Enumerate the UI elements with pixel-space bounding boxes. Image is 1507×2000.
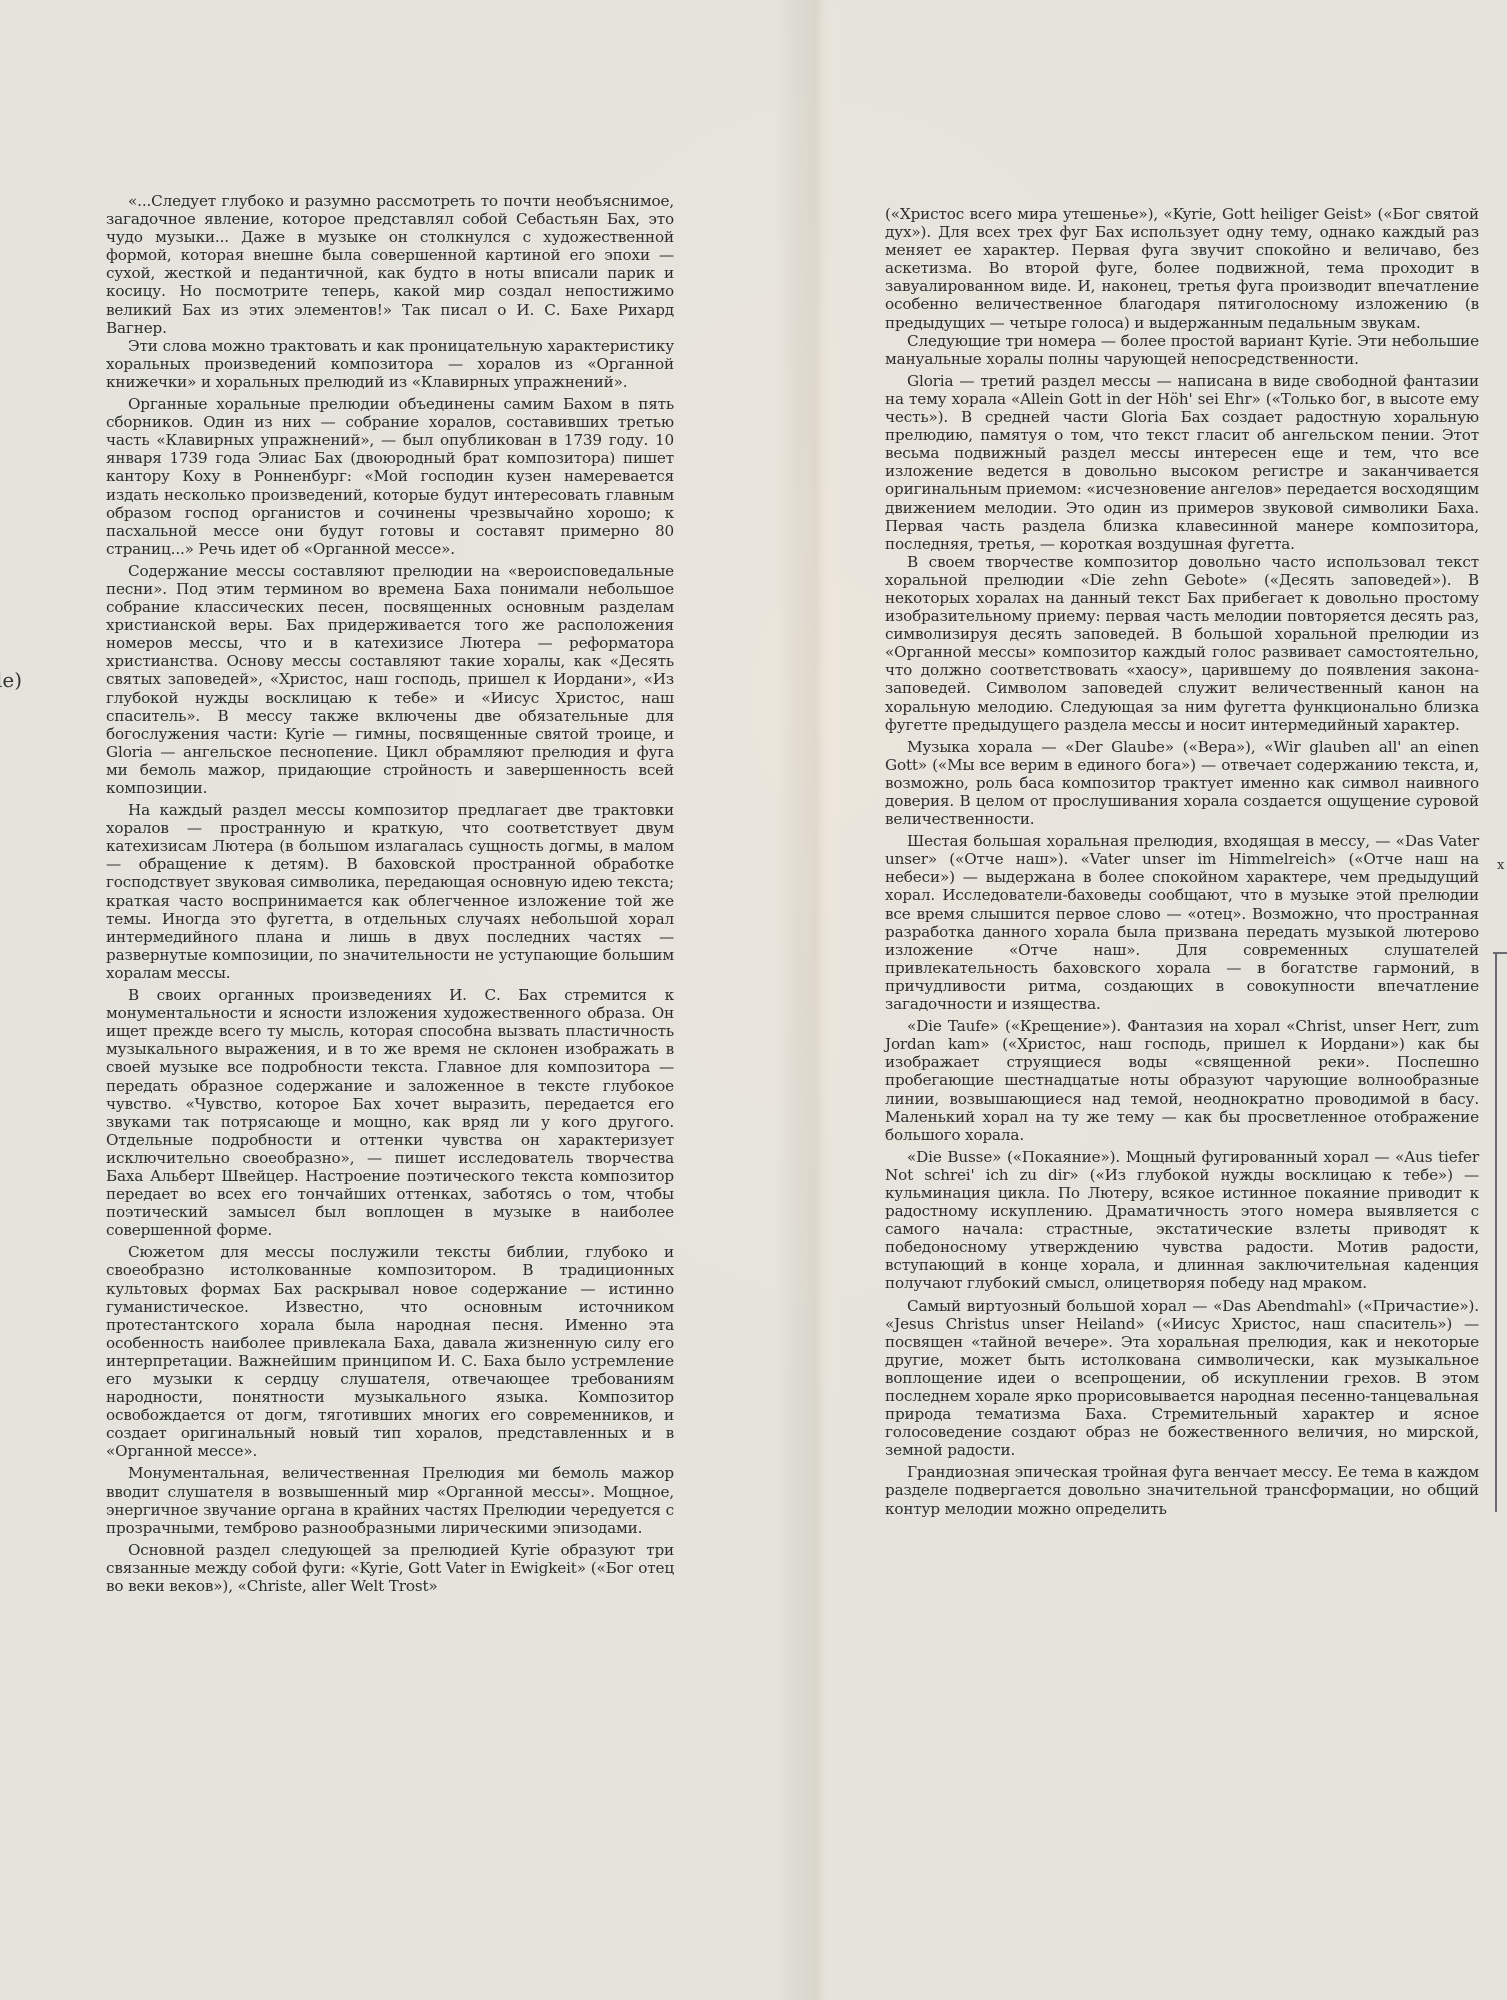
paragraph: Эти слова можно трактовать и как проница…: [106, 337, 674, 391]
paragraph: Сюжетом для мессы послужили тексты библи…: [106, 1243, 674, 1460]
page-fold: [800, 0, 830, 2000]
paragraph: Gloria — третий раздел мессы — написана …: [885, 372, 1479, 553]
paragraph: Грандиозная эпическая тройная фуга венча…: [885, 1463, 1479, 1517]
paragraph: Основной раздел следующей за прелюдией K…: [106, 1541, 674, 1595]
paragraph: Шестая большая хоральная прелюдия, входя…: [885, 832, 1479, 1013]
right-column: («Христос всего мира утешенье»), «Kyrie,…: [885, 205, 1479, 1518]
paragraph: «Die Busse» («Покаяние»). Мощный фугиров…: [885, 1148, 1479, 1293]
right-edge-rule: [1495, 952, 1497, 1512]
paragraph: («Христос всего мира утешенье»), «Kyrie,…: [885, 205, 1479, 332]
paragraph: «Die Taufe» («Крещение»). Фантазия на хо…: [885, 1017, 1479, 1144]
paragraph: Следующие три номера — более простой вар…: [885, 332, 1479, 368]
right-edge-mark: x: [1497, 858, 1504, 873]
left-column: «...Следует глубоко и разумно рассмотрет…: [106, 192, 674, 1595]
paragraph: Самый виртуозный большой хорал — «Das Ab…: [885, 1297, 1479, 1460]
paragraph: На каждый раздел мессы композитор предла…: [106, 801, 674, 982]
paragraph: Содержание мессы составляют прелюдии на …: [106, 562, 674, 797]
left-edge-fragment: le): [0, 668, 22, 692]
paragraph: Музыка хорала — «Der Glaube» («Вера»), «…: [885, 738, 1479, 828]
paragraph: В своем творчестве композитор довольно ч…: [885, 553, 1479, 734]
paragraph: Монументальная, величественная Прелюдия …: [106, 1464, 674, 1536]
paragraph: В своих органных произведениях И. С. Бах…: [106, 986, 674, 1239]
paragraph: Органные хоральные прелюдии объединены с…: [106, 395, 674, 558]
paragraph: «...Следует глубоко и разумно рассмотрет…: [106, 192, 674, 337]
